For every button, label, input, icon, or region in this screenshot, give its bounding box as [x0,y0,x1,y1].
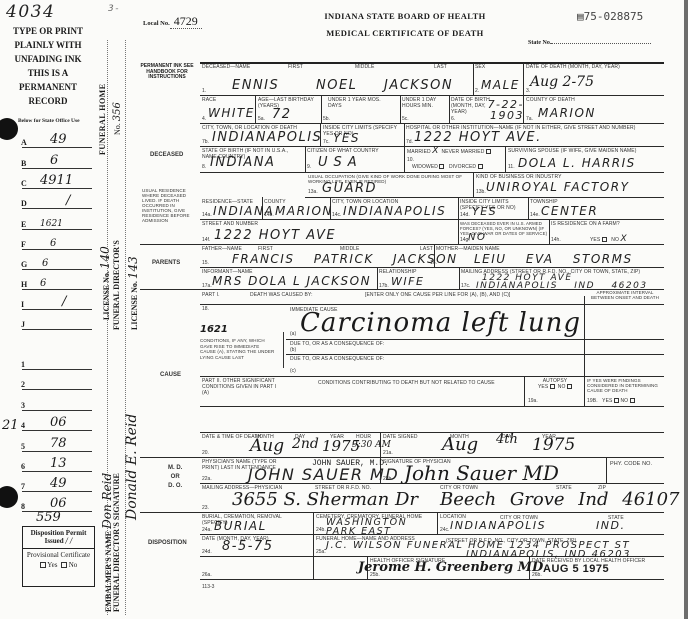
field-number: 16. [430,260,437,266]
date-of-death-value[interactable]: Aug 2-75 [530,74,594,90]
last-label: LAST [434,64,447,70]
conditions-label: CONDITIONS, IF ANY, WHICH GAVE RISE TO I… [200,338,276,360]
field-number: 24c. [440,527,449,533]
title-line-1: INDIANA STATE BOARD OF HEALTH [300,8,510,25]
row4-prefix: 21 [2,418,19,433]
provisional-label: Provisional Certificate [23,551,94,559]
funeral-home-label: FUNERAL HOME [98,83,107,155]
disposition-permit-section: Disposition Permit Issued / / [23,527,94,549]
name-label: DECEASED—NAME [202,64,250,70]
widowed-divorced-options[interactable]: WIDOWED DIVORCED [412,164,483,170]
res-county-value[interactable]: MARION [275,204,333,218]
state-field-3[interactable]: 3 [22,397,92,411]
row-line [200,406,664,407]
under-day-label: UNDER 1 DAY HOURS MIN. [402,97,446,109]
field-number: 24d. [202,549,212,555]
deceased-first-name[interactable]: ENNIS [232,78,279,93]
caused-by-label: DEATH WAS CAUSED BY: [250,292,313,298]
field-number: 13b. [476,189,486,195]
signed-month[interactable]: Aug [442,434,478,455]
section-cause: CAUSE [160,372,181,378]
col-line [404,123,405,146]
disposition-permit-label: Disposition Permit Issued [31,529,87,545]
disposition-permit-value: / / [65,537,72,545]
field-number: 2. [475,88,479,94]
provisional-no-checkbox[interactable] [61,562,67,568]
state-field-6[interactable]: 613 [22,458,92,472]
state-field-b[interactable]: B6 [22,155,92,169]
provisional-yes-checkbox[interactable] [40,562,46,568]
fd-signature-label: FUNERAL DIRECTOR'S SIGNATURE [112,473,121,612]
state-field-d[interactable]: D/ [22,195,92,209]
father-name[interactable]: FRANCIS PATRICK JACKSON [232,252,458,266]
col-line [449,95,450,123]
row-line [200,304,664,305]
field-number: 6. [451,116,455,122]
citizen-label: CITIZEN OF WHAT COUNTRY [307,148,379,154]
married-option[interactable]: MARRIED X NEVER MARRIED [407,148,491,155]
cause-brace [283,332,285,368]
sex-value[interactable]: MALE [481,78,520,92]
under-year-label: UNDER 1 YEAR MOS. DAYS [328,97,394,109]
township-value[interactable]: CENTER [541,204,598,218]
signed-day[interactable]: 4th [496,432,518,447]
instruction-line: RECORD [2,94,94,108]
spouse-value[interactable]: DOLA L. HARRIS [518,156,636,170]
field-number: 22a. [202,476,212,482]
field-number: 14h. [551,237,561,243]
field-number: 24a. [202,527,212,533]
state-field-g[interactable]: G6 [22,256,92,270]
street-label: STREET AND NUMBER [202,221,258,227]
row-line [200,579,664,580]
field-number: 21a. [383,450,393,456]
col-line [459,267,460,289]
state-field-e[interactable]: E1621 [22,216,92,230]
signed-year[interactable]: 1975 [532,435,575,455]
col-line [313,512,314,579]
location-state[interactable]: IND. [596,519,625,532]
county-value[interactable]: MARION [538,106,596,120]
res-city-value[interactable]: INDIANAPOLIS [343,204,446,218]
disposition-date-value[interactable]: 8-5-75 [222,539,273,554]
informant-value[interactable]: MRS DOLA L JACKSON [212,274,371,288]
field-number: 26b. [532,572,542,578]
file-suffix: 3- [108,4,120,14]
col-line [584,296,585,376]
physician-city-state-zip[interactable]: Beech Grove Ind 46107 [440,489,680,510]
instruction-line: PERMANENT [2,80,94,94]
location-city[interactable]: INDIANAPOLIS [450,519,546,532]
middle-label: MIDDLE [355,64,375,70]
instruction-line: TYPE OR PRINT [2,24,94,38]
age-value[interactable]: 72 [272,107,292,122]
field-number: 17b. [379,283,389,289]
street-value[interactable]: 1222 HOYT AVE [214,228,336,243]
field-number: 7d. [406,139,413,145]
interval-label: APPROXIMATE INTERVAL BETWEEN ONSET AND D… [586,290,664,300]
first-label: FIRST [288,64,303,70]
col-line [377,267,378,289]
field-number: 13a. [308,189,318,195]
citizen-value[interactable]: USA [318,155,363,170]
local-no-label: Local No. [143,20,170,27]
row-line [140,244,664,245]
col-line [473,63,474,95]
deceased-middle-name[interactable]: NOEL [316,78,357,93]
findings-options[interactable]: 19b. YES NO [587,398,635,404]
field-number: 7c. [323,139,330,145]
field-number: 8. [202,164,206,170]
birth-state-value[interactable]: INDIANA [210,155,275,170]
field-number: 23. [202,505,209,511]
field-number: 9. [307,164,311,170]
physician-handwritten-name[interactable]: JOHN SAUER MD [248,465,399,484]
field-number: 5c. [402,116,409,122]
state-field-5[interactable]: 578 [22,438,92,452]
state-office-use-label: Below for State Office Use [18,118,80,124]
field-number: 7a. [526,116,533,122]
enter-cause-instruction: [ENTER ONLY ONE CAUSE PER LINE FOR (a), … [365,292,510,298]
row-line [200,267,664,268]
deceased-last-name[interactable]: JACKSON [384,78,453,93]
field-number: 26a. [202,572,212,578]
field-number: 10. [407,157,414,163]
due-to-label-c: DUE TO, OR AS A CONSEQUENCE OF: [290,356,384,362]
row-line [200,219,664,220]
field-number: 14d. [460,212,470,218]
state-field-1[interactable]: 1 [22,356,92,370]
sex-label: SEX [475,64,485,70]
autopsy-block[interactable]: AUTOPSY YES NO [528,378,582,390]
field-number: 14e. [530,212,540,218]
inside-city-value[interactable]: YES [333,131,360,145]
disposition-permit-box: Disposition Permit Issued / / Provisiona… [22,526,95,587]
col-line [458,197,459,219]
field-number: 15. [202,260,209,266]
field-number: 20. [202,450,209,456]
row-line [200,432,664,433]
field-number: 7b. [202,139,209,145]
state-field-j[interactable]: J [22,316,92,330]
field-number: 19a. [528,398,538,404]
field-number: 1. [202,88,206,94]
col-line [305,146,306,172]
field-number: 24b. [316,527,326,533]
state-field-c[interactable]: C4911 [22,175,92,189]
mother-name[interactable]: LEIU EVA STORMS [474,252,633,266]
col-line [505,146,506,172]
funeral-director-label: FUNERAL DIRECTOR'S [112,240,121,330]
after-8-value: 559 [36,510,61,525]
col-line [400,95,401,123]
instructions-block: TYPE OR PRINT PLAINLY WITH UNFADING INK … [2,24,94,108]
state-field-a[interactable]: A49 [22,134,92,148]
title-line-2: MEDICAL CERTIFICATE OF DEATH [300,25,510,42]
res-inside-value[interactable]: YES [472,205,497,218]
field-number: 17c. [461,283,470,289]
state-field-7[interactable]: 749 [22,478,92,492]
part1-label: PART I. [202,292,220,298]
industry-value[interactable]: UNIROYAL FACTORY [486,180,629,194]
scan-edge [684,0,688,619]
field-number: 25a. [316,549,326,555]
hospital-value[interactable]: 1222 HOYT AVE. [414,130,542,145]
field-number: 4. [202,116,206,122]
death-month[interactable]: Aug [250,436,284,456]
part2-label: PART II. OTHER SIGNIFICANT CONDITIONS GI… [202,378,284,396]
local-no: Local No.4729 [143,14,202,29]
farm-options[interactable]: YES NO X [590,236,628,243]
section-parents: PARENTS [152,260,180,266]
row-line [200,123,664,124]
disposition-method-value[interactable]: BURIAL [214,519,267,533]
informant-mailing-value[interactable]: 1222 HOYT AVE INDIANAPOLIS IND 46203 [482,274,648,290]
stamp-number: ▤75-028875 [577,10,643,23]
field-number: 22b. [383,476,393,482]
spouse-label: SURVIVING SPOUSE (IF WIFE, GIVE MAIDEN N… [508,148,637,154]
cause-a-marker: (a) [290,331,296,337]
health-officer-signature[interactable]: Jerome H. Greenberg MD [358,560,543,575]
col-line [321,95,322,123]
field-number: 14c. [332,212,341,218]
permanent-ink-note: PERMANENT INK SEE HANDBOOK FOR INSTRUCTI… [140,64,194,81]
armed-forces-value[interactable]: NO [468,232,486,243]
state-field-4[interactable]: 406 [22,417,92,431]
col-line [458,219,459,244]
row-line [140,512,664,513]
physician-street[interactable]: 3655 S. Sherman Dr [232,489,418,510]
col-line [437,512,438,534]
immediate-cause-value[interactable]: Carcinoma left lung [300,308,581,338]
date-of-death-label: DATE OF DEATH (MONTH, DAY, YEAR) [526,64,620,70]
field-number: 14b. [264,212,274,218]
field-number: 17a. [202,283,212,289]
cause-code: 1621 [200,324,228,335]
row-line [200,376,664,377]
col-line [404,146,405,172]
funeral-home-no: No. 356 [112,102,123,135]
row-line [200,95,664,96]
death-day[interactable]: 2nd [292,436,319,452]
occupation-value[interactable]: GUARD [322,181,377,196]
col-line [524,376,525,406]
fd-license-no: LICENSE No. 143 [126,256,140,330]
state-field-i[interactable]: I/ [22,296,92,310]
farm-label: IS RESIDENCE ON A FARM? [551,221,620,227]
col-line [255,95,256,123]
row-line [286,354,664,355]
instruction-line: THIS IS A [2,66,94,80]
row-line [305,197,664,198]
physician-signature[interactable]: John Sauer MD [404,461,559,485]
due-to-label-b: DUE TO, OR AS A CONSEQUENCE OF: [290,341,384,347]
form-number: 113-3 [202,584,214,590]
col-line [606,457,607,483]
relationship-value[interactable]: WIFE [391,275,424,288]
col-line [528,197,529,219]
date-received-stamp: AUG 5 1975 [543,563,609,575]
provisional-no-label: No [69,561,78,569]
field-number: 18. [202,306,209,312]
phy-code-label: PHY. CODE NO. [610,461,652,467]
cause-c-marker: (c) [290,368,296,374]
usual-residence-note: USUAL RESIDENCE WHERE DECEASED LIVED. IF… [142,188,198,223]
state-field-h[interactable]: H6 [22,276,92,290]
field-number: 11. [508,164,515,170]
punch-hole [0,486,18,508]
state-no: State No. [528,40,658,47]
dob-value[interactable]: 7-22-1903 [484,99,524,121]
race-value[interactable]: WHITE [208,106,255,120]
form-title: INDIANA STATE BOARD OF HEALTH MEDICAL CE… [300,8,510,42]
cemetery-value[interactable]: WASHINGTON PARK EAST [326,518,436,536]
col-line [549,219,550,244]
section-deceased: DECEASED [150,152,183,158]
instruction-line: PLAINLY WITH [2,38,94,52]
provisional-section: Provisional Certificate Yes No [23,549,94,569]
provisional-yes-label: Yes [47,561,57,569]
funeral-home-value[interactable]: J.C. WILSON FUNERAL HOME 1234 PROSPECT S… [326,541,631,559]
cause-b-marker: (b) [290,347,296,353]
col-line [584,376,585,406]
date-signed-label: DATE SIGNED [383,434,418,440]
findings-label: IF YES WERE FINDINGS CONSIDERED IN DETER… [587,378,663,393]
state-field-2[interactable]: 2 [22,376,92,390]
section-disposition: DISPOSITION [148,540,187,546]
file-number: 4034 [6,2,55,22]
city-value[interactable]: INDIANAPOLIS [212,130,322,145]
punch-hole [0,118,18,140]
row-line [140,457,664,458]
local-no-value: 4729 [170,14,202,29]
row-line [286,339,664,340]
contributing-label: CONDITIONS CONTRIBUTING TO DEATH BUT NOT… [318,380,495,386]
field-number: 5b. [323,116,330,122]
field-number: 5a. [258,116,265,122]
race-label: RACE [202,97,216,103]
instruction-line: UNFADING INK [2,52,94,66]
county-label: COUNTY OF DEATH [526,97,575,103]
death-hour[interactable]: 9:30 AM [352,440,391,450]
row-line [200,172,664,173]
fd-signature: Donald E. Reid [124,414,140,520]
field-number: 14f. [202,237,210,243]
state-field-f[interactable]: F6 [22,236,92,250]
license-no: LICENSE No. 140 [98,246,112,320]
section-md-do: M. D.ORD. O. [168,464,182,491]
field-number: 14a. [202,212,212,218]
